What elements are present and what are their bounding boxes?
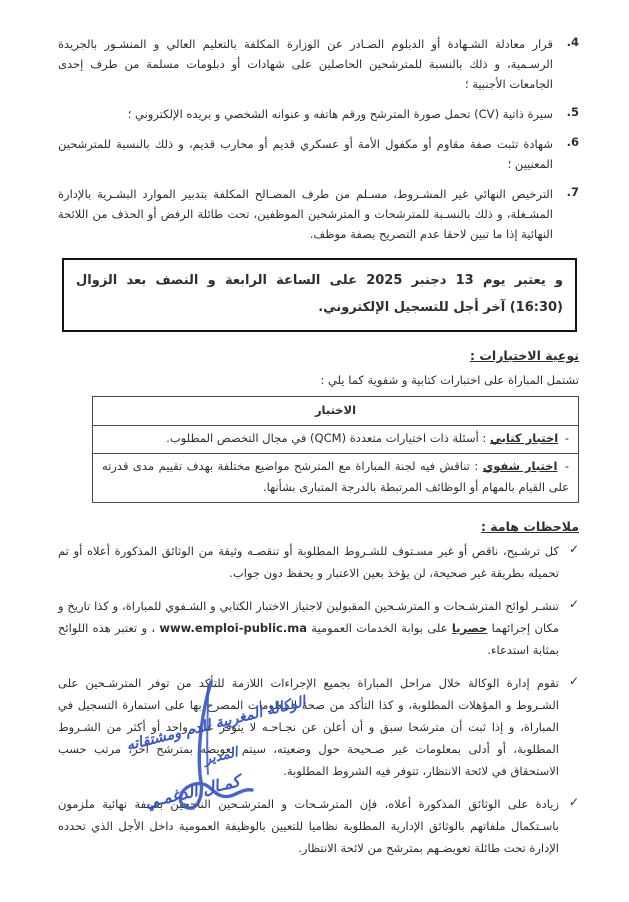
note-bullet-3: ✓ تقوم إدارة الوكالة خلال مراحل المباراة… [58, 672, 579, 782]
note-bullet-4: ✓ زيادة على الوثائق المذكورة أعلاه، فإن … [58, 793, 579, 859]
note-text: تنشـر لوائح المترشـحات و المترشـحين المق… [58, 595, 559, 661]
tests-intro-text: تشتمل المباراة على اختبارات كتابية و شفو… [58, 371, 579, 389]
exam-oral-label: اختبار شفوي [483, 459, 558, 473]
section-heading-notes: ملاحظات هامة : [58, 519, 579, 534]
list-number: 4. [553, 34, 579, 94]
document-content: 4. قرار معادلة الشـهادة أو الدبلوم الصـا… [0, 0, 629, 859]
section-heading-tests: نوعية الاختبارات : [58, 348, 579, 363]
checkmark-icon: ✓ [559, 595, 579, 661]
note-text: تقوم إدارة الوكالة خلال مراحل المباراة ب… [58, 672, 559, 782]
list-number: 5. [553, 104, 579, 124]
exam-oral-cell: - اختبار شفوي : تناقش فيه لجنة المباراة … [93, 454, 579, 503]
notes-list: ✓ كل ترشـيح، ناقص أو غير مسـتوف للشـروط … [58, 540, 579, 859]
deadline-notice-box: و يعتبر يوم 13 دجنبر 2025 على الساعة الر… [62, 258, 577, 332]
list-item-5: 5. سيرة ذاتية (CV) تحمل صورة المترشح ورق… [58, 104, 579, 124]
list-item-text: الترخيص النهائي غير المشـروط، مسـلم من ط… [58, 184, 553, 244]
list-item-6: 6. شهادة تثبت صفة مقاوم أو مكفول الأمة أ… [58, 134, 579, 174]
table-row: - اختبار كتابي : أسئلة ذات اختيارات متعد… [93, 426, 579, 454]
list-number: 7. [553, 184, 579, 244]
dash-marker: - [565, 459, 569, 473]
checkmark-icon: ✓ [559, 540, 579, 584]
exam-written-text: : أسئلة ذات اختيارات متعددة (QCM) في مجا… [166, 431, 486, 445]
list-item-text: شهادة تثبت صفة مقاوم أو مكفول الأمة أو ع… [58, 134, 553, 174]
checkmark-icon: ✓ [559, 672, 579, 782]
list-item-text: سيرة ذاتية (CV) تحمل صورة المترشح ورقم ه… [58, 104, 553, 124]
table-row: - اختبار شفوي : تناقش فيه لجنة المباراة … [93, 454, 579, 503]
checkmark-icon: ✓ [559, 793, 579, 859]
list-item-text: قرار معادلة الشـهادة أو الدبلوم الصـادر … [58, 34, 553, 94]
note-bullet-2: ✓ تنشـر لوائح المترشـحات و المترشـحين ال… [58, 595, 579, 661]
exam-table-header-row: الاختبار [93, 397, 579, 426]
dash-marker: - [565, 431, 569, 445]
exclusive-word-emphasis: حصريا [452, 621, 487, 635]
exam-table: الاختبار - اختبار كتابي : أسئلة ذات اختي… [92, 396, 579, 503]
exam-table-header-cell: الاختبار [93, 397, 579, 426]
list-item-4: 4. قرار معادلة الشـهادة أو الدبلوم الصـا… [58, 34, 579, 94]
list-item-7: 7. الترخيص النهائي غير المشـروط، مسـلم م… [58, 184, 579, 244]
note-text: كل ترشـيح، ناقص أو غير مسـتوف للشـروط ال… [58, 540, 559, 584]
note-text-part: على بوابة الخدمات العمومية [307, 621, 452, 635]
emploi-public-url-text: www.emploi-public.ma [159, 621, 307, 635]
note-bullet-1: ✓ كل ترشـيح، ناقص أو غير مسـتوف للشـروط … [58, 540, 579, 584]
note-text: زيادة على الوثائق المذكورة أعلاه، فإن ال… [58, 793, 559, 859]
exam-written-label: اختبار كتابي [490, 431, 558, 445]
list-number: 6. [553, 134, 579, 174]
exam-written-cell: - اختبار كتابي : أسئلة ذات اختيارات متعد… [93, 426, 579, 454]
scanned-document-page: 4. قرار معادلة الشـهادة أو الدبلوم الصـا… [0, 0, 629, 902]
